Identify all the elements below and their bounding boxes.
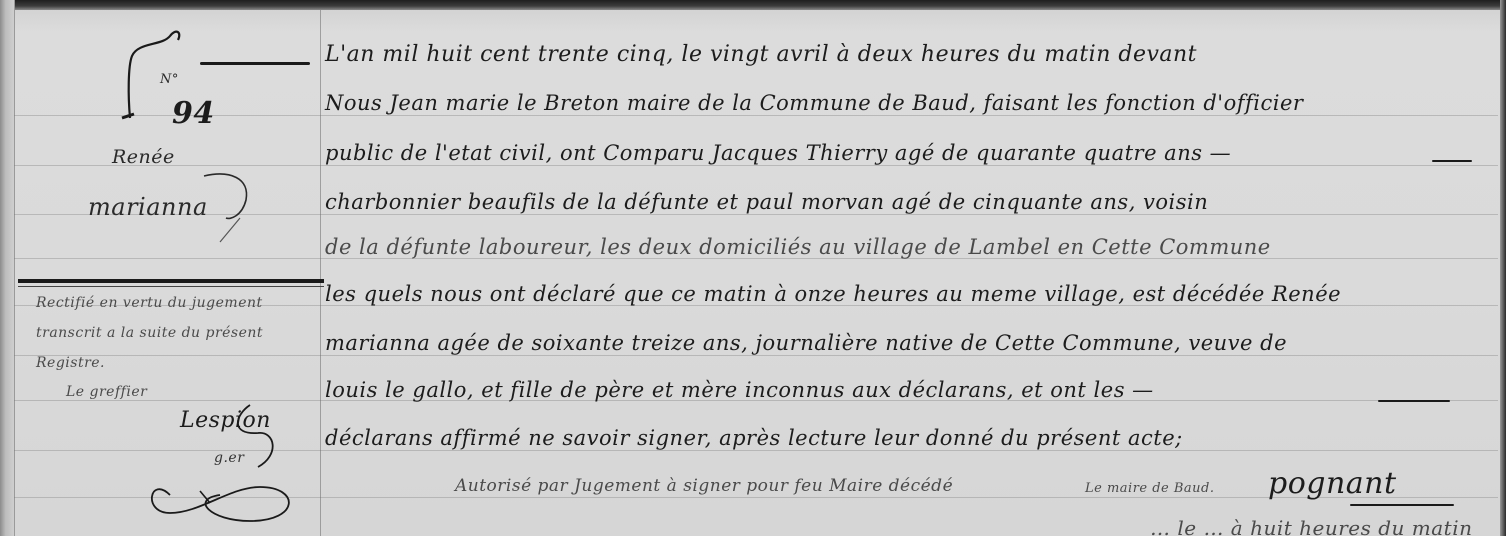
annotation-line-3: Registre. (36, 355, 105, 371)
authorization-note: Autorisé par Jugement à signer pour feu … (455, 476, 953, 496)
margin-second-name: marianna (88, 193, 208, 221)
number-label: N° (160, 72, 179, 87)
scanned-register-page: N° 94 Renée marianna Rectifié en vertu d… (0, 0, 1506, 536)
body-line-1: L'an mil huit cent trente cinq, le vingt… (325, 42, 1197, 67)
margin-given-name: Renée (112, 146, 175, 168)
ruled-line (14, 355, 1498, 356)
line-filler-dash (1432, 160, 1472, 162)
body-line-8: louis le gallo, et fille de père et mère… (325, 378, 1154, 402)
next-record-partial-line: … le … à huit heures du matin (1150, 516, 1473, 536)
mayor-title: Le maire de Baud. (1085, 481, 1215, 496)
line-filler-dash (1378, 400, 1450, 402)
annotation-line-2: transcrit a la suite du présent (36, 325, 263, 341)
annotation-line-4: Le greffier (66, 384, 147, 400)
record-number: 94 (172, 96, 215, 131)
body-line-4: charbonnier beaufils de la défunte et pa… (325, 190, 1208, 214)
mayor-signature: pognant (1268, 466, 1397, 501)
body-line-5: de la défunte laboureur, les deux domici… (325, 235, 1271, 259)
body-line-6: les quels nous ont déclaré que ce matin … (325, 282, 1341, 306)
page-binding-edge (0, 0, 15, 536)
line-filler-dash (200, 62, 310, 65)
name-flourish-icon (200, 170, 260, 245)
signature-paraph-icon (140, 395, 320, 535)
body-line-7: marianna agée de soixante treize ans, jo… (325, 331, 1287, 355)
signature-underline (1350, 504, 1454, 506)
body-line-9: déclarans affirmé ne savoir signer, aprè… (325, 426, 1183, 450)
margin-separator-thin (18, 286, 324, 287)
page-top-edge (0, 0, 1506, 10)
body-line-3: public de l'etat civil, ont Comparu Jacq… (325, 141, 1231, 165)
margin-rule (320, 10, 321, 536)
annotation-line-1: Rectifié en vertu du jugement (36, 295, 263, 311)
margin-separator (18, 279, 324, 283)
ruled-line (14, 115, 1498, 116)
page-right-edge (1500, 0, 1506, 536)
body-line-2: Nous Jean marie le Breton maire de la Co… (325, 91, 1303, 115)
ruled-line (14, 165, 1498, 166)
